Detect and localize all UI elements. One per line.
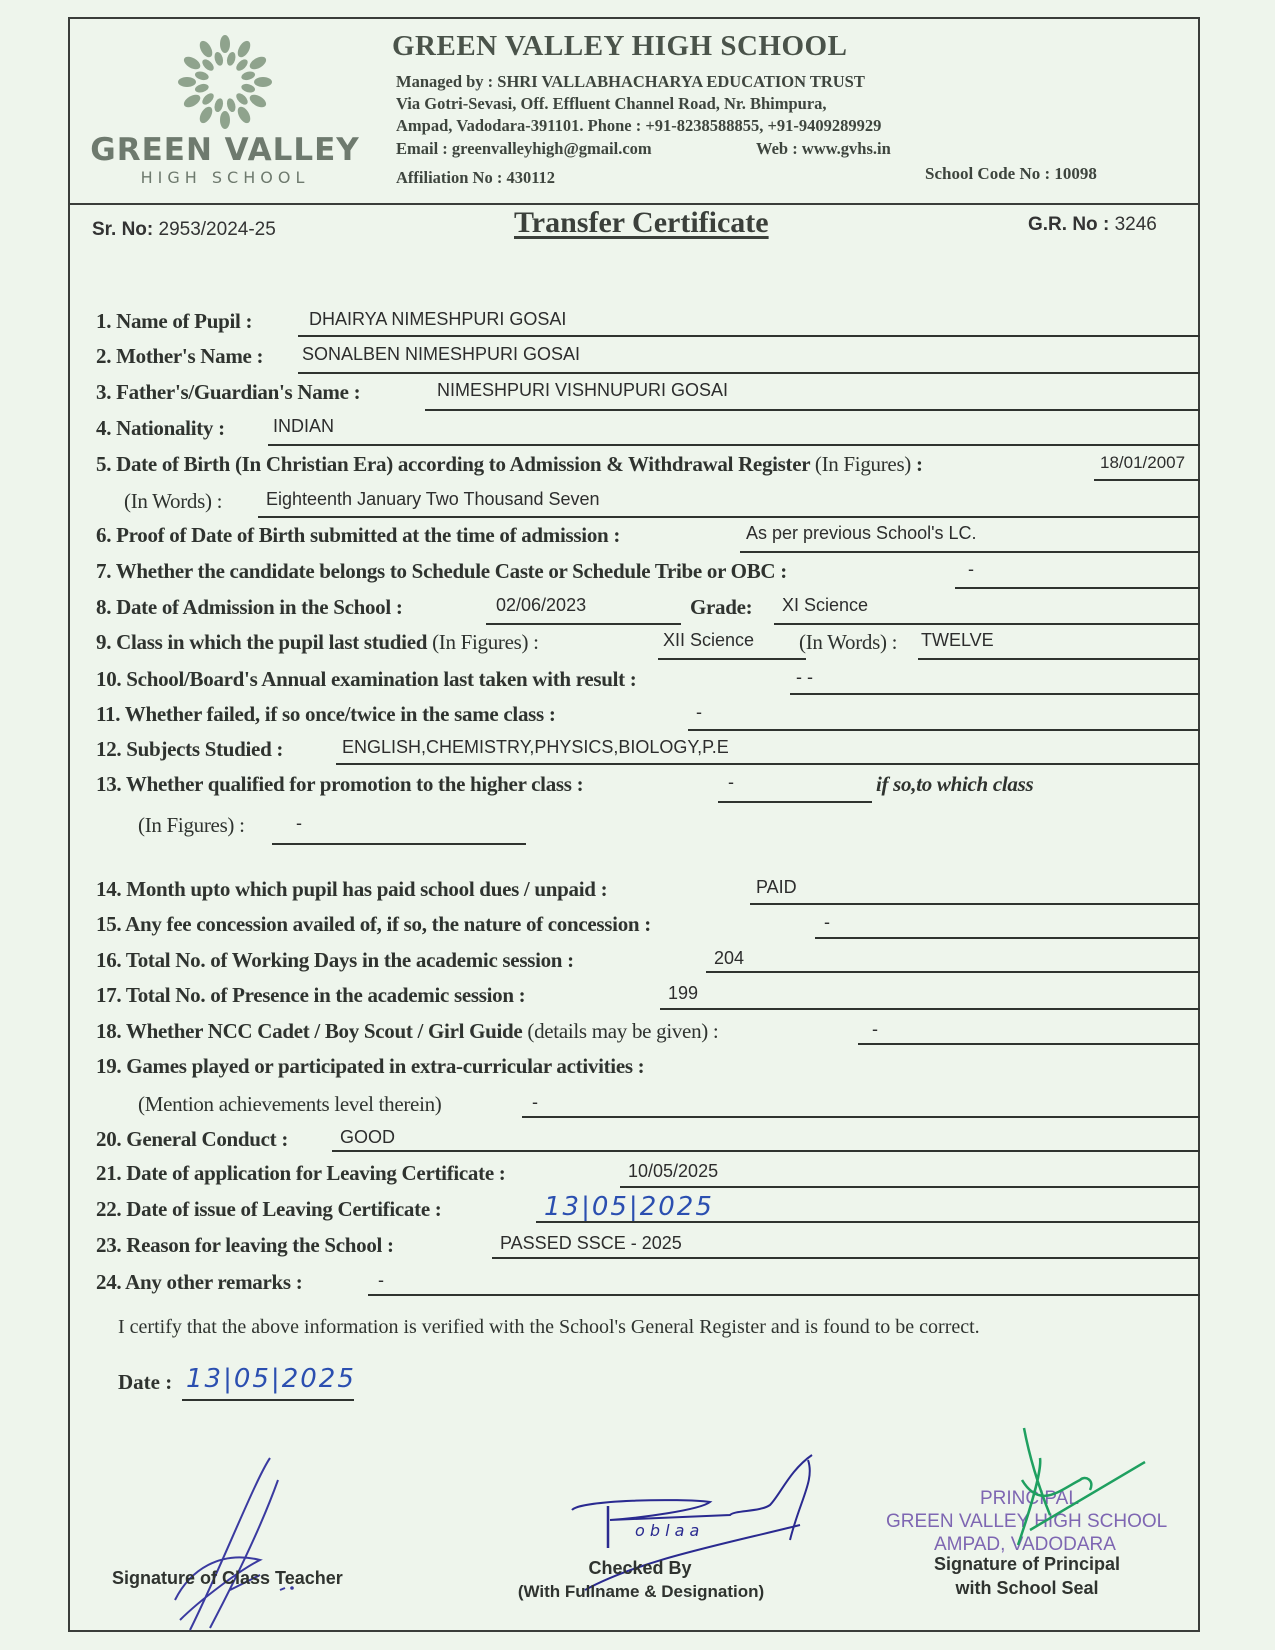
field-label: 13. Whether qualified for promotion to t… <box>96 772 583 797</box>
field-label: 14. Month upto which pupil has paid scho… <box>96 877 607 902</box>
field-underline <box>688 729 1200 731</box>
date-underline <box>182 1399 354 1401</box>
field-value: Eighteenth January Two Thousand Seven <box>266 489 600 510</box>
field-value: As per previous School's LC. <box>746 523 977 544</box>
field-underline <box>918 658 1200 660</box>
certificate-title: Transfer Certificate <box>514 206 769 240</box>
field-label: 7. Whether the candidate belongs to Sche… <box>96 559 787 584</box>
school-name: GREEN VALLEY HIGH SCHOOL <box>392 30 847 63</box>
class-teacher-signature <box>160 1450 320 1640</box>
field-value: ENGLISH,CHEMISTRY,PHYSICS,BIOLOGY,P.E <box>342 737 729 758</box>
principal-signature-subtitle: with School Seal <box>912 1578 1142 1599</box>
principal-signature-label: Signature of Principal <box>912 1554 1142 1575</box>
field-label: 15. Any fee concession availed of, if so… <box>96 912 651 937</box>
field-value: - <box>296 813 302 834</box>
field-underline <box>522 1116 1200 1118</box>
field-underline <box>536 1221 1200 1223</box>
serial-number: Sr. No: 2953/2024-25 <box>92 219 276 241</box>
field-value: - <box>872 1019 878 1040</box>
affiliation-no: Affiliation No : 430112 <box>396 168 555 188</box>
field-label: 2. Mother's Name : <box>96 344 263 369</box>
field-label: (In Figures) : <box>138 813 245 838</box>
field-underline <box>955 587 1200 589</box>
address-line-1: Via Gotri-Sevasi, Off. Effluent Channel … <box>396 94 827 114</box>
field-underline <box>332 1150 1200 1152</box>
field-underline <box>336 763 1200 765</box>
field-value: - <box>728 772 734 793</box>
checked-by-label: Checked By <box>580 1558 700 1579</box>
gr-number: G.R. No : 3246 <box>1028 214 1157 236</box>
field-underline <box>492 1257 1200 1259</box>
logo-subname: HIGH SCHOOL <box>90 168 360 187</box>
which-class-label: if so,to which class <box>876 772 1033 797</box>
email: Email : greenvalleyhigh@gmail.com <box>396 139 652 159</box>
field-label: 18. Whether NCC Cadet / Boy Scout / Girl… <box>96 1019 718 1044</box>
field-underline <box>718 801 872 803</box>
field-label: 21. Date of application for Leaving Cert… <box>96 1161 506 1186</box>
field-label: 12. Subjects Studied : <box>96 737 283 762</box>
field-value: SONALBEN NIMESHPURI GOSAI <box>302 344 580 365</box>
field-value: NIMESHPURI VISHNUPURI GOSAI <box>437 380 728 401</box>
field-underline <box>298 335 1200 337</box>
field-value: INDIAN <box>273 416 334 437</box>
field-underline <box>740 551 1200 553</box>
field-label: 1. Name of Pupil : <box>96 309 252 334</box>
field-underline <box>272 843 526 845</box>
field-value: - <box>378 1270 384 1291</box>
date-value-handwritten: 13|05|2025 <box>186 1364 356 1394</box>
field-value: GOOD <box>340 1127 395 1148</box>
field-value: 10/05/2025 <box>628 1161 718 1182</box>
field-label: 19. Games played or participated in extr… <box>96 1054 644 1079</box>
certification-statement: I certify that the above information is … <box>118 1316 980 1339</box>
field-date-of-birth: 5. Date of Birth (In Christian Era) acco… <box>96 449 1200 479</box>
field-underline <box>258 516 1200 518</box>
field-value: DHAIRYA NIMESHPURI GOSAI <box>309 309 566 330</box>
field-label: 9. Class in which the pupil last studied… <box>96 630 539 655</box>
field-underline <box>790 693 1200 695</box>
field-label: 4. Nationality : <box>96 416 225 441</box>
field-value: - - <box>796 667 813 688</box>
gr-number-value: 3246 <box>1115 214 1157 235</box>
field-underline <box>706 971 1200 973</box>
school-logo: GREEN VALLEY HIGH SCHOOL <box>90 32 360 192</box>
field-label: 3. Father's/Guardian's Name : <box>96 380 360 405</box>
field-value: 18/01/2007 <box>1100 453 1185 473</box>
managed-by: Managed by : SHRI VALLABHACHARYA EDUCATI… <box>396 72 865 92</box>
field-value: - <box>968 559 974 580</box>
header-divider <box>68 203 1200 205</box>
grade-value: XI Science <box>782 595 868 616</box>
gr-number-label: G.R. No : <box>1028 214 1109 235</box>
field-underline <box>425 409 1200 411</box>
address-line-2: Ampad, Vadodara-391101. Phone : +91-8238… <box>396 116 881 136</box>
field-underline <box>620 1186 1200 1188</box>
serial-number-label: Sr. No: <box>92 219 153 240</box>
field-value: PASSED SSCE - 2025 <box>500 1233 682 1254</box>
logo-name: GREEN VALLEY <box>90 132 360 168</box>
field-underline <box>298 372 1200 374</box>
field-label: 17. Total No. of Presence in the academi… <box>96 983 525 1008</box>
field-underline <box>658 658 806 660</box>
field-underline <box>750 903 1200 905</box>
field-value: - <box>696 702 702 723</box>
field-label: 11. Whether failed, if so once/twice in … <box>96 702 556 727</box>
field-date-of-admission: 8. Date of Admission in the School : 02/… <box>96 592 1200 622</box>
field-underline <box>660 1008 1200 1010</box>
flower-emblem-icon <box>170 32 280 132</box>
field-value: 204 <box>714 948 744 969</box>
field-underline <box>815 937 1200 939</box>
field-value-handwritten: 13|05|2025 <box>544 1192 714 1222</box>
field-class-last-studied: 9. Class in which the pupil last studied… <box>96 627 1200 657</box>
field-underline <box>774 623 1200 625</box>
website: Web : www.gvhs.in <box>756 139 891 159</box>
field-value: PAID <box>756 877 797 898</box>
words-label: (In Words) : <box>799 630 897 655</box>
school-code: School Code No : 10098 <box>925 164 1097 184</box>
svg-text:o b l a a: o b l a a <box>635 1521 699 1540</box>
field-label: (Mention achievements level therein) <box>138 1092 442 1117</box>
field-underline <box>368 1294 1200 1296</box>
field-label: 10. School/Board's Annual examination la… <box>96 667 637 692</box>
field-label: 20. General Conduct : <box>96 1127 288 1152</box>
field-label: 22. Date of issue of Leaving Certificate… <box>96 1197 441 1222</box>
field-value: 199 <box>668 983 698 1004</box>
field-underline <box>486 623 681 625</box>
field-label: 23. Reason for leaving the School : <box>96 1233 394 1258</box>
checked-by-subtitle: (With Fullname & Designation) <box>500 1582 782 1602</box>
field-value: - <box>824 912 830 933</box>
field-underline <box>858 1043 1200 1045</box>
field-label: 5. Date of Birth (In Christian Era) acco… <box>96 452 923 477</box>
field-value: XII Science <box>663 630 754 651</box>
field-label: 24. Any other remarks : <box>96 1270 302 1295</box>
date-label: Date : <box>118 1370 172 1395</box>
grade-label: Grade: <box>690 595 752 620</box>
serial-number-value: 2953/2024-25 <box>159 219 276 240</box>
field-label: 6. Proof of Date of Birth submitted at t… <box>96 523 620 548</box>
field-label: 8. Date of Admission in the School : <box>96 595 403 620</box>
field-value: - <box>532 1092 538 1113</box>
field-underline <box>1094 479 1200 481</box>
field-value: 02/06/2023 <box>496 595 586 616</box>
words-value: TWELVE <box>921 630 994 651</box>
field-underline <box>268 444 1200 446</box>
class-teacher-signature-label: Signature of Class Teacher <box>112 1568 343 1589</box>
field-label: 16. Total No. of Working Days in the aca… <box>96 948 574 973</box>
field-label: (In Words) : <box>124 489 222 514</box>
field-promotion-qualified: 13. Whether qualified for promotion to t… <box>96 769 1200 799</box>
principal-signature <box>1000 1420 1160 1570</box>
